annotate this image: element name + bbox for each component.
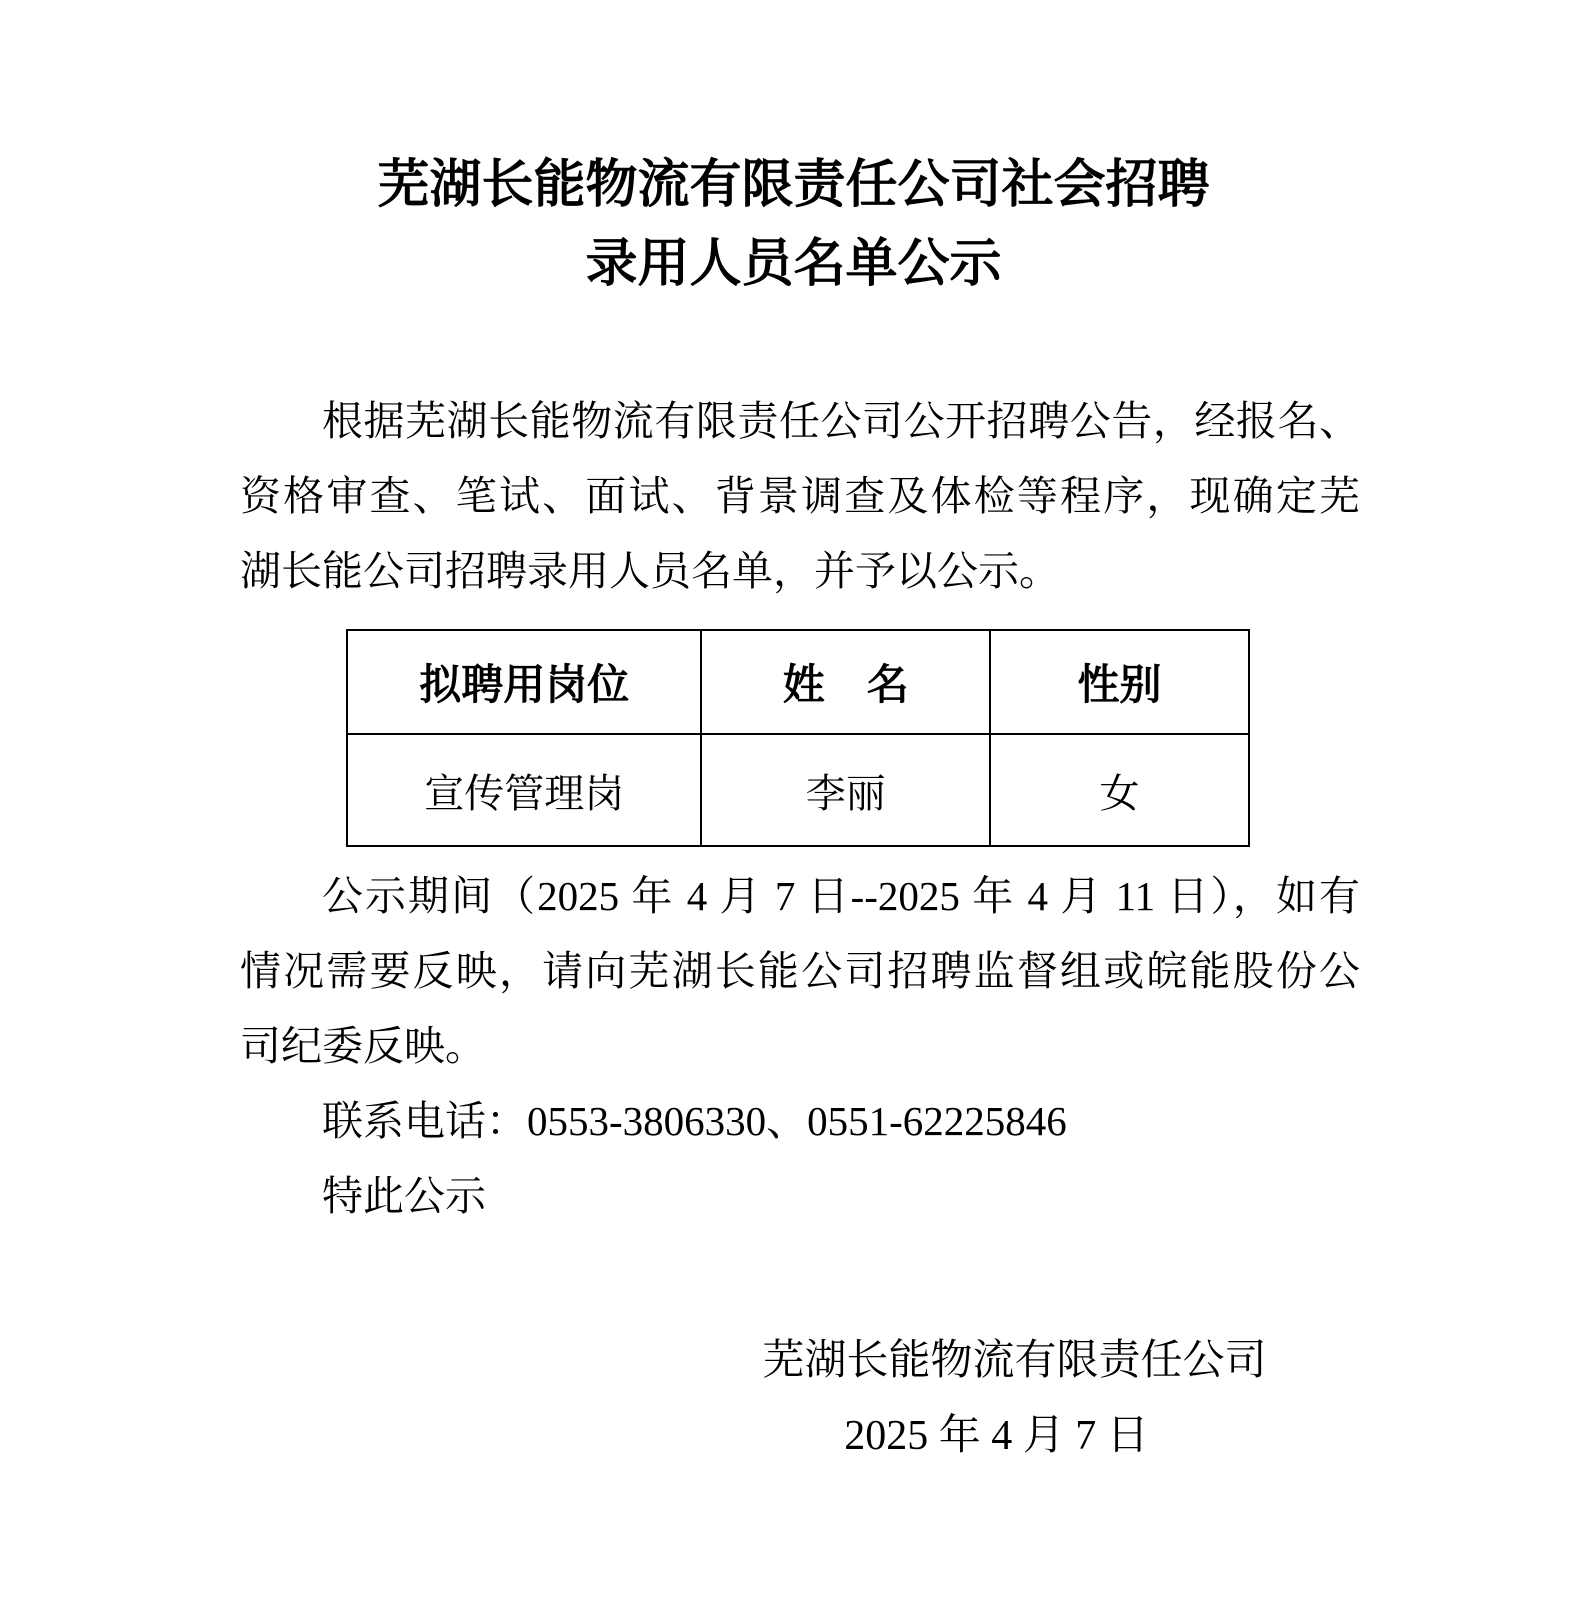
header-name: 姓 名 bbox=[701, 630, 990, 734]
title-line-1: 芜湖长能物流有限责任公司社会招聘 bbox=[377, 157, 1209, 214]
document-body: 根据芜湖长能物流有限责任公司公开招聘公告，经报名、 资格审查、笔试、面试、背景调… bbox=[240, 384, 1360, 1234]
header-gender: 性别 bbox=[990, 630, 1249, 734]
notice-line-3: 司纪委反映。 bbox=[240, 1009, 1360, 1084]
closing-line: 特此公示 bbox=[240, 1159, 1360, 1234]
cell-name: 李丽 bbox=[701, 734, 990, 846]
table-header-row: 拟聘用岗位 姓 名 性别 bbox=[347, 630, 1249, 734]
header-position: 拟聘用岗位 bbox=[347, 630, 701, 734]
cell-position: 宣传管理岗 bbox=[347, 734, 701, 846]
page-title: 芜湖长能物流有限责任公司社会招聘 录用人员名单公示 bbox=[0, 0, 1587, 304]
notice-line-2: 情况需要反映，请向芜湖长能公司招聘监督组或皖能股份公 bbox=[240, 934, 1360, 1009]
cell-gender: 女 bbox=[990, 734, 1249, 846]
contact-line: 联系电话：0553-3806330、0551-62225846 bbox=[240, 1084, 1360, 1159]
announcement-page: 芜湖长能物流有限责任公司社会招聘 录用人员名单公示 根据芜湖长能物流有限责任公司… bbox=[0, 0, 1587, 1600]
intro-line-2: 资格审查、笔试、面试、背景调查及体检等程序，现确定芜 bbox=[240, 459, 1360, 534]
intro-line-3: 湖长能公司招聘录用人员名单，并予以公示。 bbox=[240, 534, 1360, 609]
intro-paragraph: 根据芜湖长能物流有限责任公司公开招聘公告，经报名、 资格审查、笔试、面试、背景调… bbox=[240, 384, 1360, 609]
hired-personnel-table: 拟聘用岗位 姓 名 性别 宣传管理岗 李丽 女 bbox=[346, 629, 1250, 847]
signature-date: 2025 年 4 月 7 日 bbox=[0, 1399, 1587, 1474]
notice-line-1: 公示期间（2025 年 4 月 7 日--2025 年 4 月 11 日），如有 bbox=[240, 859, 1360, 934]
title-line-2: 录用人员名单公示 bbox=[585, 236, 1001, 293]
notice-paragraph: 公示期间（2025 年 4 月 7 日--2025 年 4 月 11 日），如有… bbox=[240, 859, 1360, 1084]
table-row: 宣传管理岗 李丽 女 bbox=[347, 734, 1249, 846]
intro-line-1: 根据芜湖长能物流有限责任公司公开招聘公告，经报名、 bbox=[240, 384, 1360, 459]
signature-block: 芜湖长能物流有限责任公司 2025 年 4 月 7 日 bbox=[0, 1324, 1587, 1474]
signature-company: 芜湖长能物流有限责任公司 bbox=[0, 1324, 1587, 1399]
